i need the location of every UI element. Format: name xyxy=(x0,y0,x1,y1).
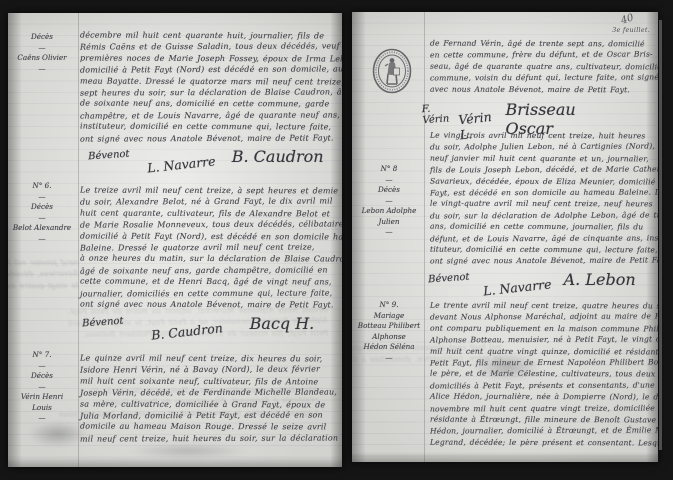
signature: Bévenot xyxy=(88,149,130,163)
signature: Bacq H. xyxy=(250,314,315,333)
handwritten-line: mil huit cent quatre vingt quinze, domic… xyxy=(430,345,652,357)
handwritten-line: Alphonse Botteau, menuisier, né à Petit … xyxy=(430,334,652,346)
page-edge-shadow xyxy=(646,12,658,462)
page-edge-shadow xyxy=(8,13,22,467)
handwritten-line: fils de Louis Joseph Lebon, décédé, et d… xyxy=(430,164,652,176)
signature: F. Vérin xyxy=(421,102,459,126)
handwritten-line: en cette commune, frère du défunt, et de… xyxy=(430,49,652,61)
left-page: Décès—Caëns Olivier— décembre mil huit c… xyxy=(8,13,342,467)
right-page: 40 3e feuillet. de Fernand Vérin, âgé de… xyxy=(352,12,658,462)
handwritten-line: Hédon, journalier, domicilié à Étrœungt,… xyxy=(430,425,652,437)
gutter-shadow xyxy=(352,12,366,462)
stacked-sheets-edge xyxy=(659,20,662,450)
page-edge-shadow xyxy=(352,452,658,462)
signatures-lebon: BévenotL. NavarreA. Lebon xyxy=(422,270,642,289)
handwritten-line: Savarieux, décédée, époux de Eliza Meuni… xyxy=(430,175,652,187)
handwritten-line: novembre mil huit cent quatre vingt trei… xyxy=(430,402,652,414)
margin-rule xyxy=(424,12,425,462)
handwritten-line: ont signé avec nous Anatole Bévenot, mai… xyxy=(80,132,338,145)
act-body-belot-alexandre: Le treize avril mil neuf cent treize, à … xyxy=(80,185,338,310)
handwritten-line: commune, voisin du défunt qui, lecture f… xyxy=(430,72,652,84)
handwritten-line: sa mère, cultivatrice, domiciliée à Gran… xyxy=(80,398,338,410)
act-body-lebon: Le vingt-trois avril mil neuf cent treiz… xyxy=(430,130,652,267)
gutter-shadow xyxy=(330,13,342,467)
signatures-belot-alexandre: BévenotB. CaudronBacq H. xyxy=(68,314,328,333)
signature: B. Caudron xyxy=(232,147,324,166)
handwritten-line: meau Bayatte. Dressé le quatorze mars mi… xyxy=(80,75,338,87)
handwritten-line: domicile au hameau Maison Rouge. Dressé … xyxy=(80,421,338,433)
act-body-verin-continuation: de Fernand Vérin, âgé de trente sept ans… xyxy=(430,38,652,95)
handwritten-line: journalier, domiciliés en cette commune … xyxy=(80,287,338,300)
handwritten-line: domicilié à Petit Fayt (Nord) est décédé… xyxy=(80,64,338,77)
handwritten-line: à onze heures du matin, sur la déclarati… xyxy=(80,253,338,265)
signatures-caens-olivier: BévenotL. NavarreB. Caudron xyxy=(80,147,332,166)
handwritten-line: instituteur, domicilié en cette commune … xyxy=(80,121,338,133)
handwritten-line: ans, domicilié en cette commune, journal… xyxy=(430,221,652,233)
act-body-botteau-hedon: Le trente avril mil neuf cent treize, qu… xyxy=(430,300,652,448)
act-body-verin: Le quinze avril mil neuf cent treize, di… xyxy=(80,353,338,444)
handwritten-line: ont signé avec nous Anatole Bévenot, mai… xyxy=(430,255,652,267)
signature: A. Lebon xyxy=(564,270,636,289)
official-seal-icon xyxy=(372,48,412,94)
handwritten-line: Alice Hédon, journalière, née à Dompierr… xyxy=(430,391,652,403)
margin-rule xyxy=(78,13,79,467)
handwritten-line: avec nous Anatole Bévenot, maire de Peti… xyxy=(430,83,652,95)
handwritten-line: du soir, Alexandre Belot, né à Grand Fay… xyxy=(80,196,338,209)
signature: Bévenot xyxy=(428,272,470,286)
page-edge-shadow xyxy=(8,457,342,467)
handwritten-line: de Marie Rosalie Monneveux, tous deux dé… xyxy=(80,219,338,232)
handwritten-line: cette commune, et de Henri Bacq, âgé de … xyxy=(80,276,338,288)
handwritten-line: Legrand, décédée; le père présent et con… xyxy=(430,436,652,448)
handwritten-line: Rémis Caëns et de Guisse Saladin, tous d… xyxy=(80,41,338,54)
handwritten-line: mil neuf cent treize, huit heures du soi… xyxy=(80,432,338,445)
handwritten-line: domicilié à Petit Fayt (Nord), est décéd… xyxy=(80,230,338,242)
handwritten-line: de soixante neuf ans, domicilié en cette… xyxy=(80,98,338,110)
act-body-caens-olivier: décembre mil huit cent quarante huit, jo… xyxy=(80,30,338,144)
handwritten-line: devant Nous Alphonse Maréchal, adjoint a… xyxy=(430,311,652,323)
handwritten-line: du soir, Adolphe Julien Lebon, né à Cart… xyxy=(430,141,652,153)
handwritten-line: Joseph Vérin, décédé, et de Ferdinande M… xyxy=(80,387,338,400)
handwritten-line: ont signé avec nous Anatole Bévenot, mai… xyxy=(80,298,338,310)
signature: Bévenot xyxy=(82,316,124,330)
register-scan: Décès—Caëns Olivier— décembre mil huit c… xyxy=(0,0,673,480)
handwritten-line: défunt, et de Louis Navarre, âgé de cinq… xyxy=(430,232,652,244)
folio-stamp: 3e feuillet. xyxy=(612,27,650,34)
handwritten-line: Isidore Henri Vérin, né à Bavay (Nord), … xyxy=(80,364,338,377)
handwritten-line: le père, et de Marie Célestine, cultivat… xyxy=(430,368,652,380)
handwritten-line: le vingt-quatre avril mil neuf cent trei… xyxy=(430,198,652,210)
